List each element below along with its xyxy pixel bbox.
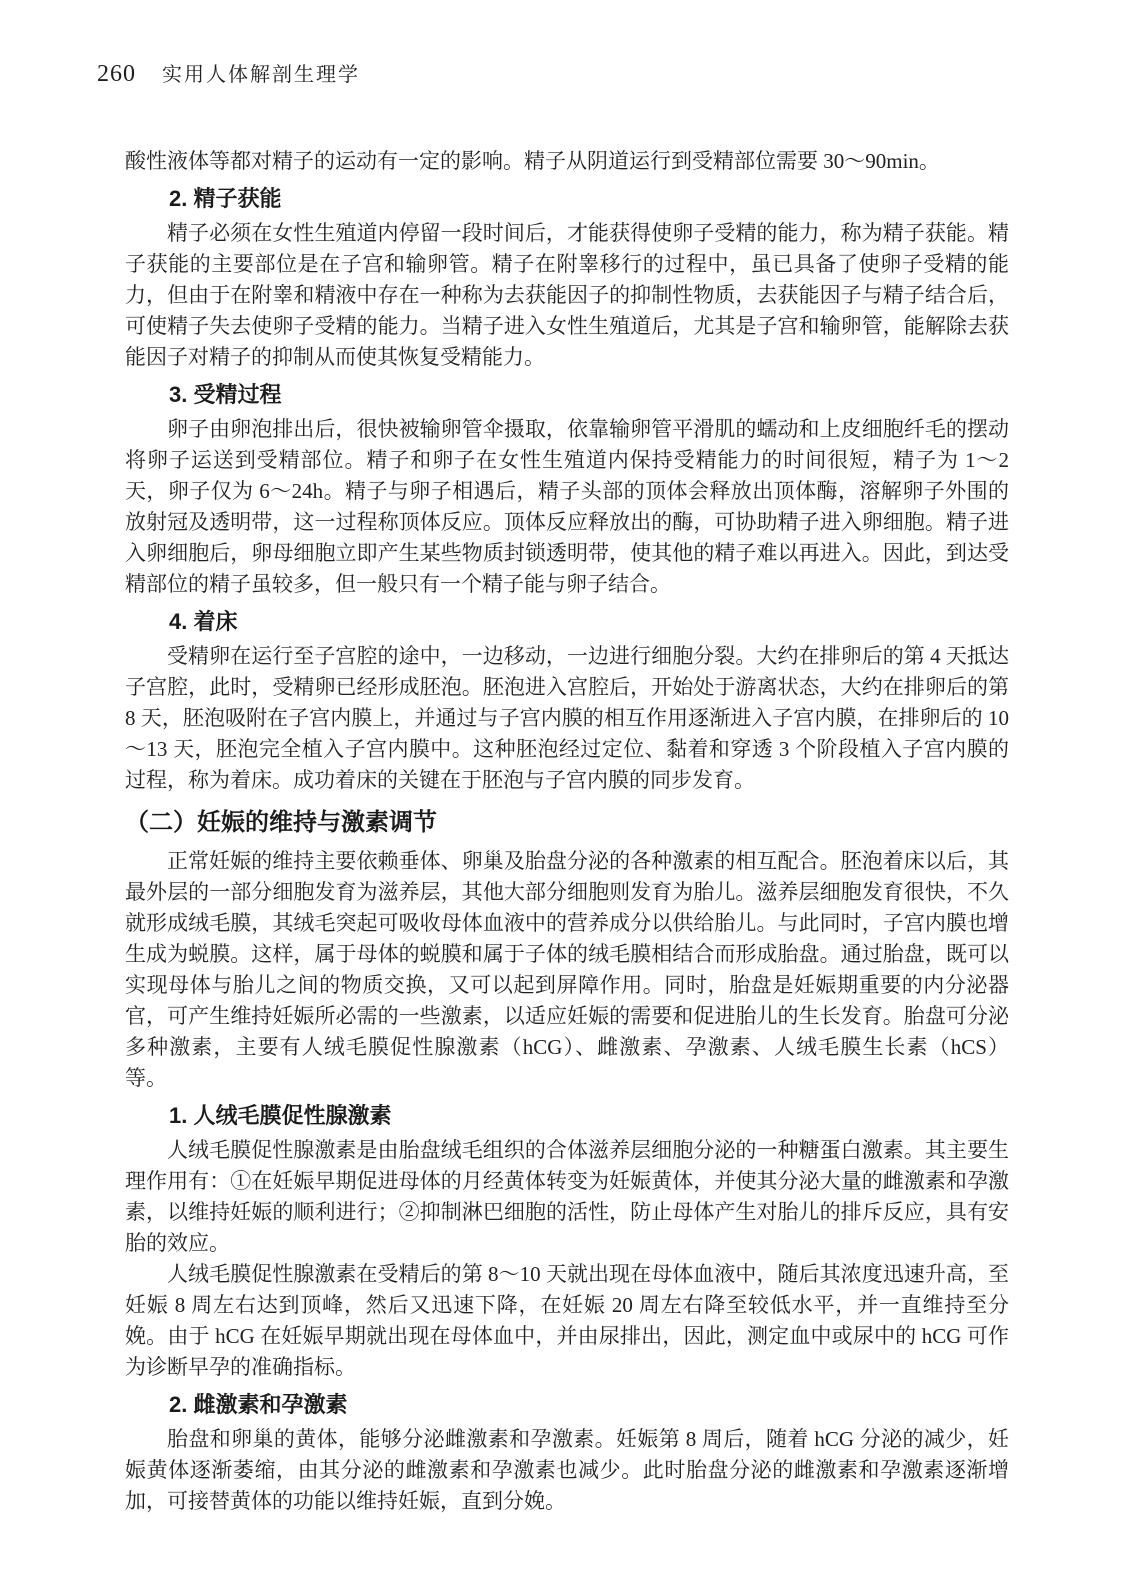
- book-page: 260 实用人体解剖生理学 酸性液体等都对精子的运动有一定的影响。精子从阴道运行…: [0, 0, 1127, 1570]
- heading-hcg: 1. 人绒毛膜促性腺激素: [125, 1100, 1009, 1131]
- page-content: 酸性液体等都对精子的运动有一定的影响。精子从阴道运行到受精部位需要 30～90m…: [125, 146, 1009, 1517]
- paragraph-fertilization-process: 卵子由卵泡排出后，很快被输卵管伞摄取，依靠输卵管平滑肌的蠕动和上皮细胞纤毛的摆动…: [125, 414, 1009, 600]
- heading-fertilization-process: 3. 受精过程: [125, 379, 1009, 410]
- heading-implantation: 4. 着床: [125, 606, 1009, 637]
- paragraph-hcg-levels: 人绒毛膜促性腺激素在受精后的第 8～10 天就出现在母体血液中，随后其浓度迅速升…: [125, 1259, 1009, 1383]
- book-title: 实用人体解剖生理学: [162, 58, 360, 87]
- paragraph-sperm-transport: 酸性液体等都对精子的运动有一定的影响。精子从阴道运行到受精部位需要 30～90m…: [125, 146, 1009, 177]
- paragraph-sperm-capacitation: 精子必须在女性生殖道内停留一段时间后，才能获得使卵子受精的能力，称为精子获能。精…: [125, 218, 1009, 373]
- heading-pregnancy-maintenance: （二）妊娠的维持与激素调节: [125, 806, 1009, 839]
- paragraph-implantation: 受精卵在运行至子宫腔的途中，一边移动，一边进行细胞分裂。大约在排卵后的第 4 天…: [125, 641, 1009, 796]
- paragraph-estrogen-progesterone: 胎盘和卵巢的黄体，能够分泌雌激素和孕激素。妊娠第 8 周后，随着 hCG 分泌的…: [125, 1424, 1009, 1517]
- paragraph-pregnancy-maintenance: 正常妊娠的维持主要依赖垂体、卵巢及胎盘分泌的各种激素的相互配合。胚泡着床以后，其…: [125, 846, 1009, 1094]
- paragraph-hcg-functions: 人绒毛膜促性腺激素是由胎盘绒毛组织的合体滋养层细胞分泌的一种糖蛋白激素。其主要生…: [125, 1135, 1009, 1259]
- heading-estrogen-progesterone: 2. 雌激素和孕激素: [125, 1389, 1009, 1420]
- running-header: 260 实用人体解剖生理学: [97, 58, 360, 88]
- heading-sperm-capacitation: 2. 精子获能: [125, 183, 1009, 214]
- page-number: 260: [97, 61, 136, 88]
